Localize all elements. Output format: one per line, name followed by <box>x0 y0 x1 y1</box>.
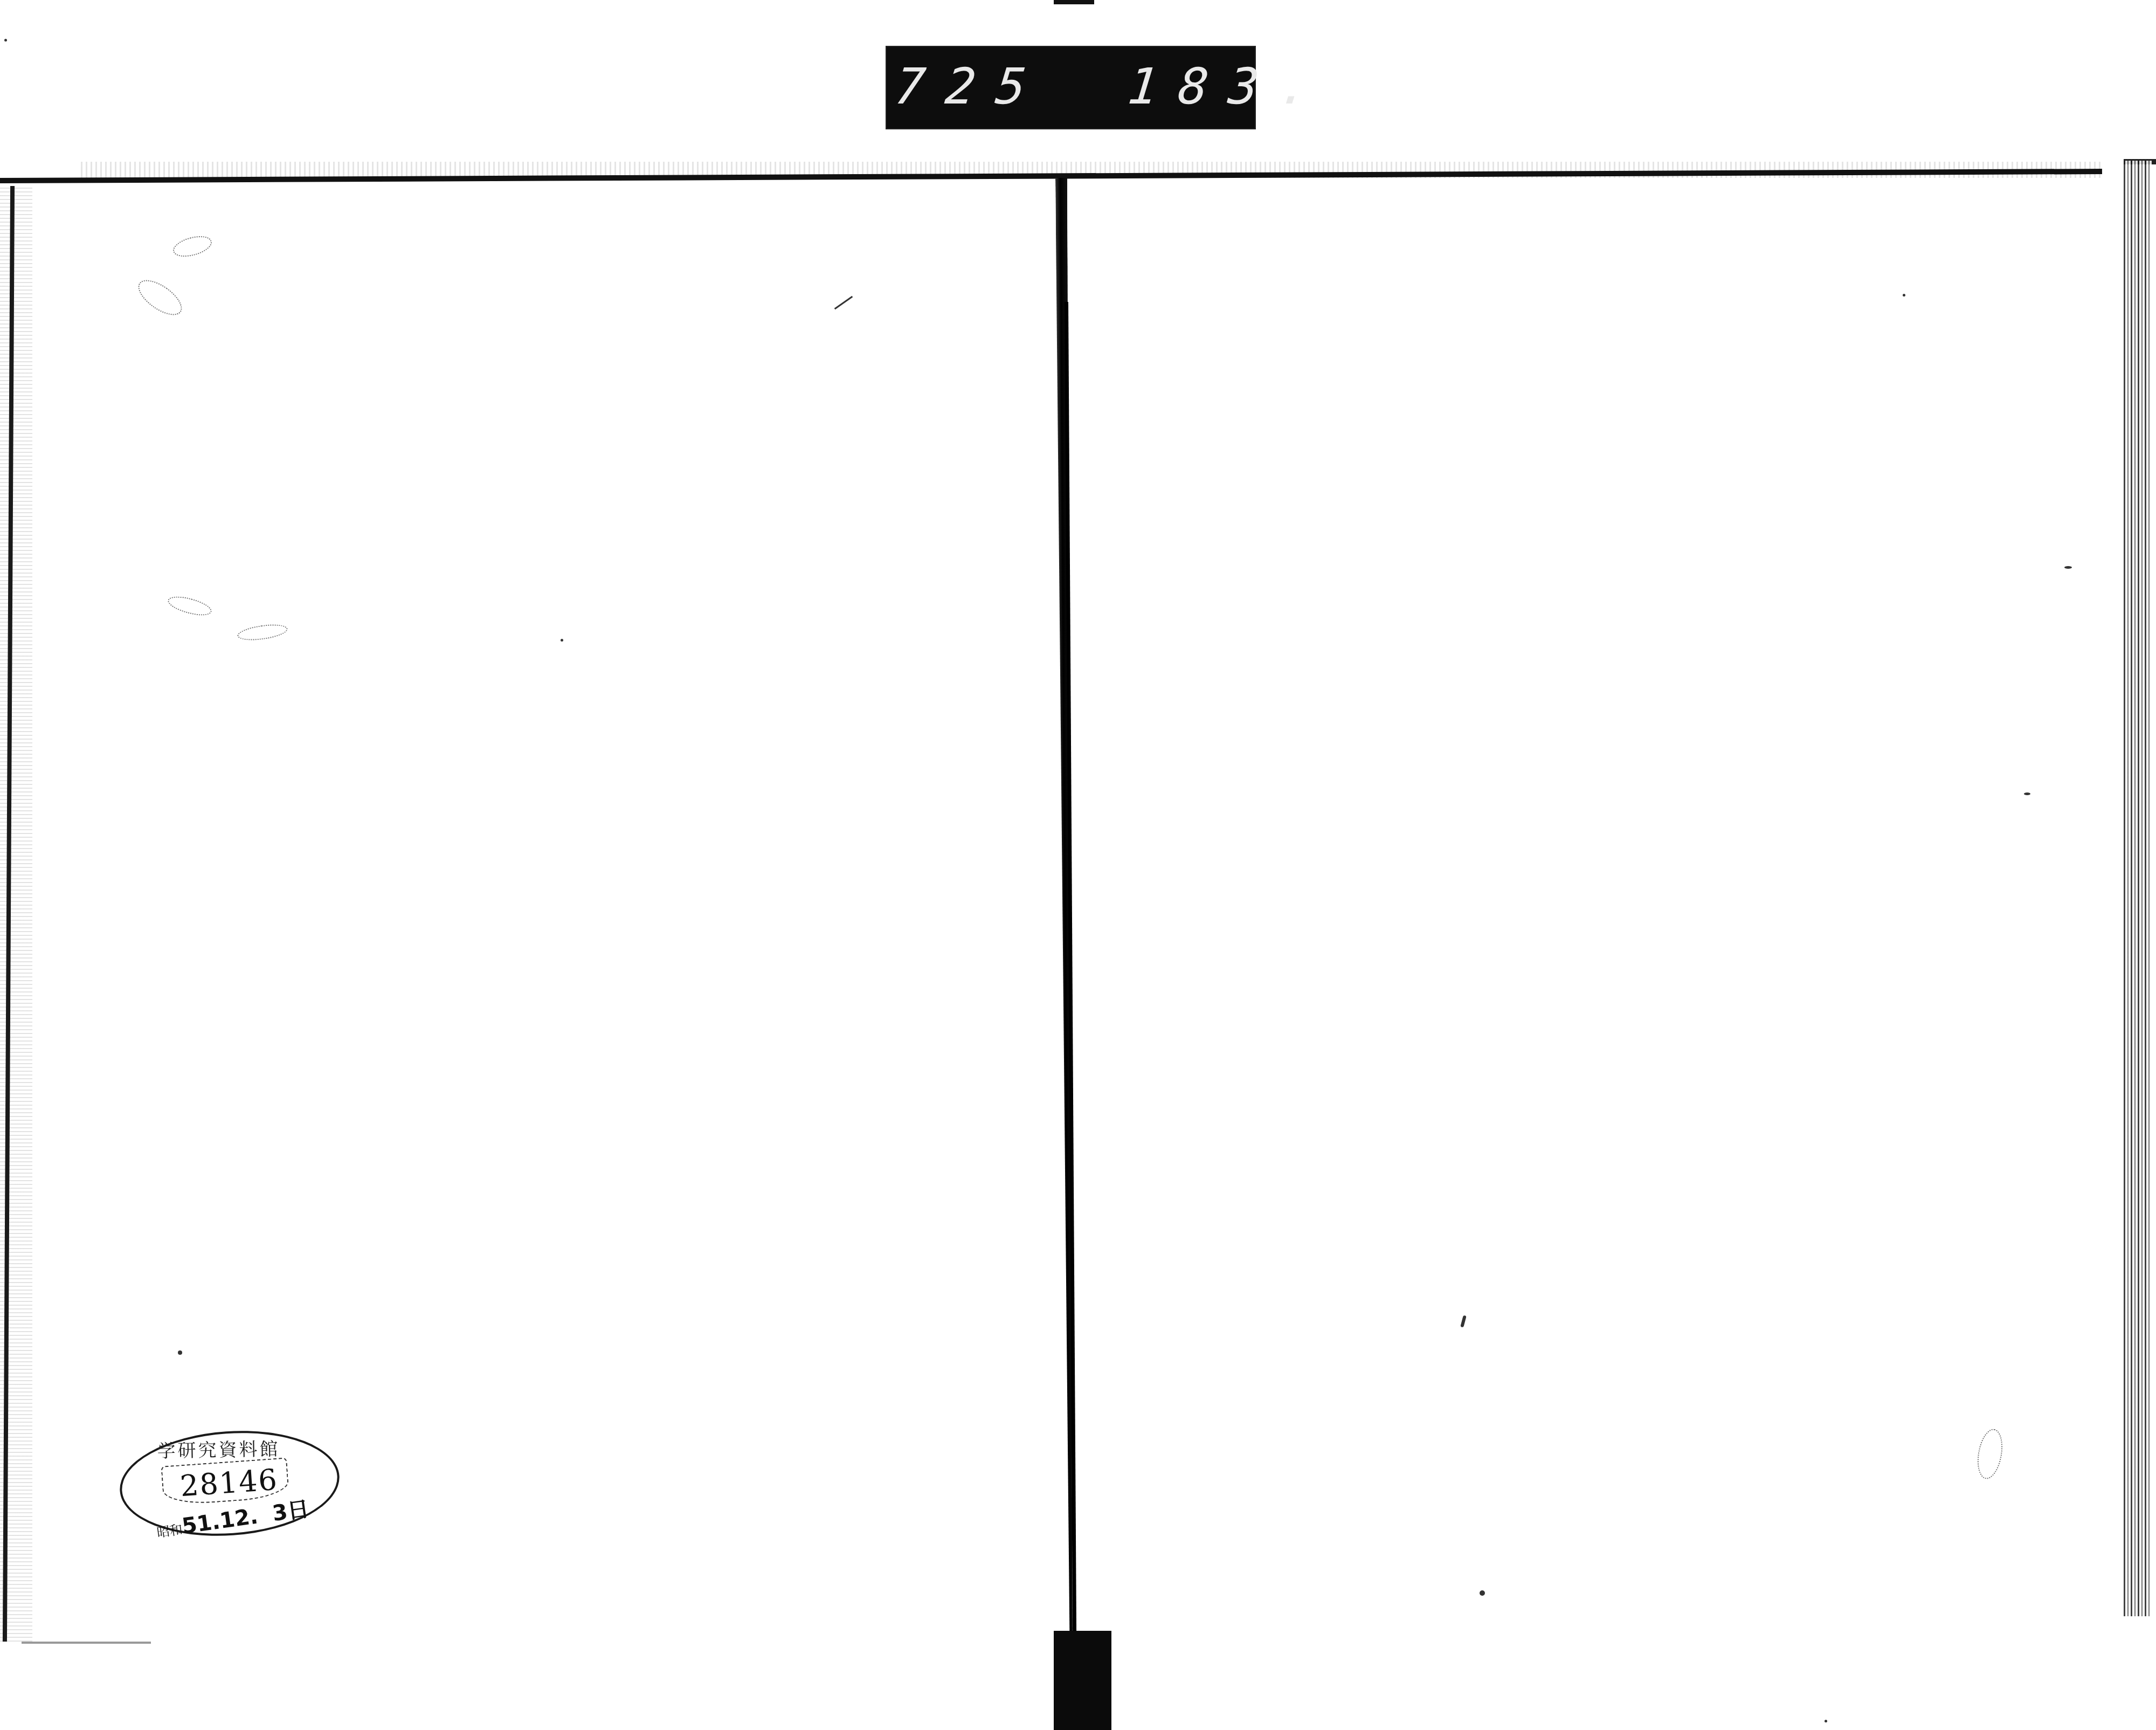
frame-counter-right-number: 183 <box>1125 58 1282 115</box>
speck <box>178 1350 182 1355</box>
stamp-accession-number: 28146 <box>179 1463 279 1504</box>
stamp-date-prefix: 昭和 <box>156 1522 183 1540</box>
frame-counter-dot: . <box>1276 58 1333 115</box>
book-right-edge-pages <box>2124 161 2152 1616</box>
book-bottom-left-edge <box>22 1642 151 1644</box>
scanned-spread: 725 183. 学研究資料館 28146 昭和51.12. 3日 <box>0 0 2156 1730</box>
speck <box>2024 792 2030 795</box>
speck <box>2064 566 2072 569</box>
smudge <box>133 273 188 322</box>
speck <box>1825 1720 1827 1722</box>
stamp-day: 3日 <box>271 1497 311 1526</box>
frame-counter-left: 725 <box>893 60 1049 114</box>
frame-counter-right: 183. <box>1125 60 1332 114</box>
smudge <box>166 593 213 619</box>
frame-counter: 725 183. <box>886 46 1256 129</box>
speck <box>1460 1315 1466 1328</box>
smudge <box>1974 1427 2006 1481</box>
speck <box>834 296 853 309</box>
bottom-binding-tab <box>1054 1631 1111 1730</box>
stamp-institution: 学研究資料館 <box>157 1434 280 1463</box>
stamp-date-value: 51.12. <box>181 1504 260 1539</box>
speck <box>1903 294 1905 297</box>
smudge <box>237 622 289 643</box>
top-binding-tab <box>1054 0 1094 4</box>
speck <box>1480 1590 1485 1596</box>
smudge <box>171 232 214 260</box>
library-stamp: 学研究資料館 28146 昭和51.12. 3日 <box>116 1424 343 1543</box>
speck <box>4 39 7 42</box>
speck <box>561 639 563 642</box>
